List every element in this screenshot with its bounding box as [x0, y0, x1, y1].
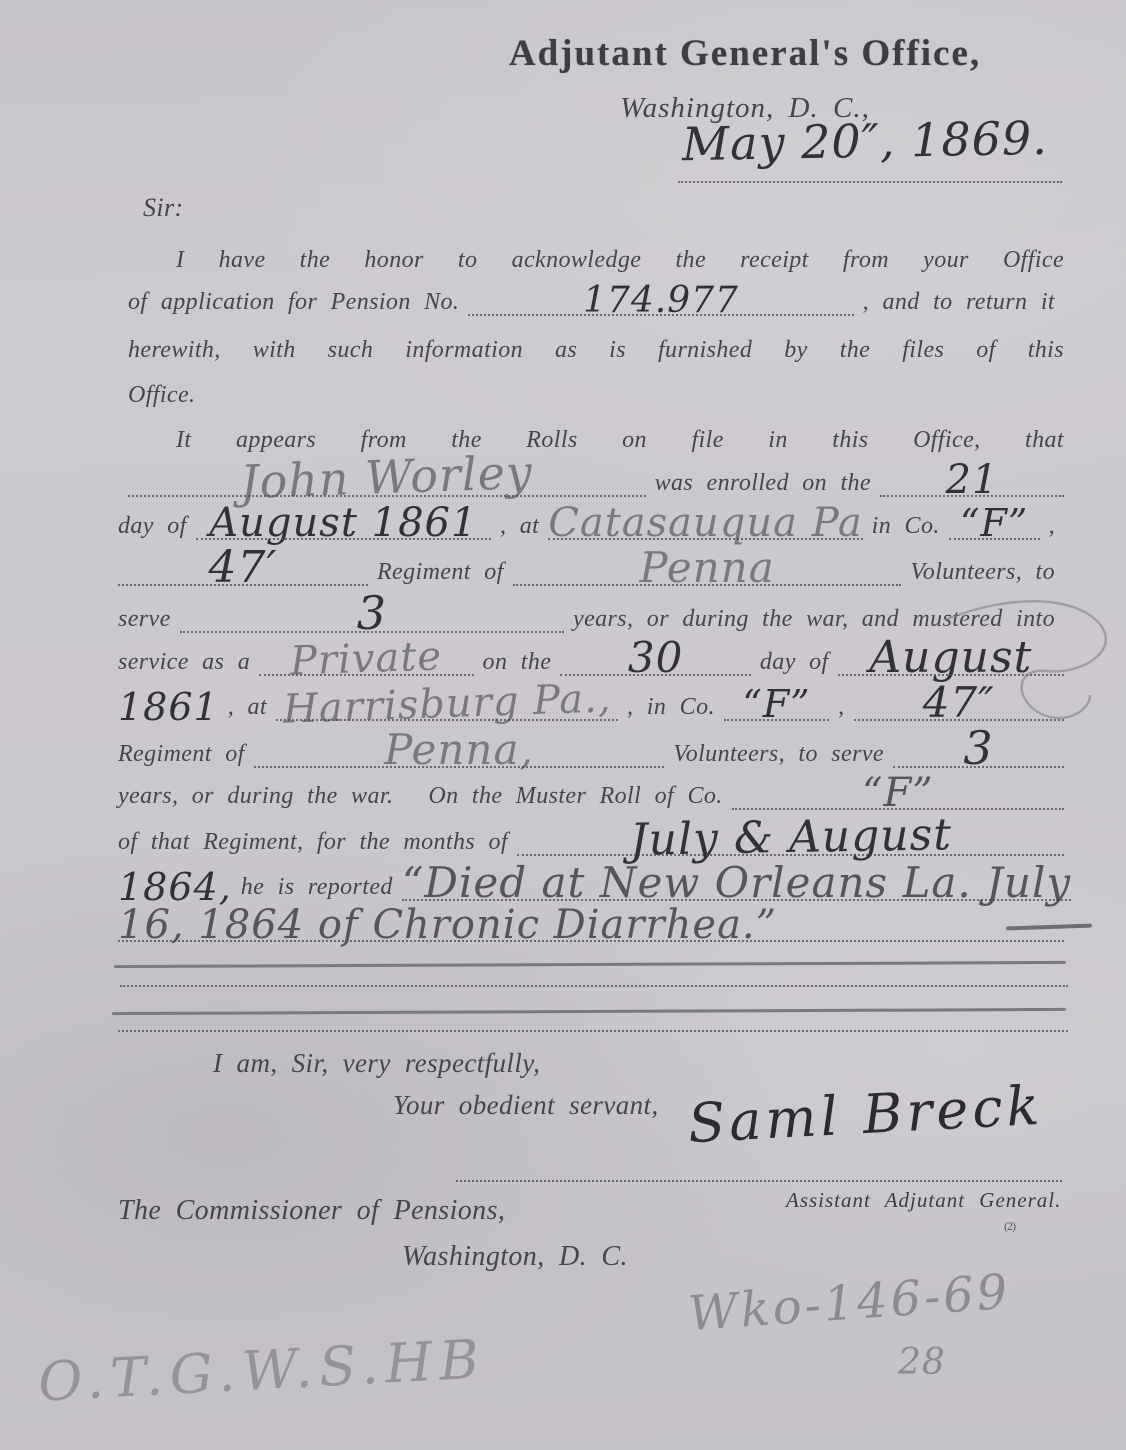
- body-line: I have the honor to acknowledge the rece…: [176, 245, 1064, 275]
- enroll-place-blank: Catasauqua Pa: [548, 508, 862, 541]
- form-intro-line: It appears from the Rolls on file in thi…: [176, 425, 1064, 455]
- muster-place-blank: Harrisburg Pa.,: [276, 689, 618, 722]
- printed-text: ,: [1040, 511, 1064, 541]
- form-line: years, or during the war. On the Muster …: [118, 778, 1064, 811]
- pension-number-blank: 174.977: [468, 286, 853, 317]
- printed-text: years, or during the war.: [118, 781, 402, 811]
- salutation: Sir:: [143, 193, 184, 223]
- form-line: Regiment of Penna, Volunteers, to serve …: [118, 733, 1064, 769]
- printed-text: of application for Pension No.: [128, 287, 468, 317]
- addressee-city: Washington, D. C.: [402, 1242, 628, 1272]
- handwritten-muster-day: 30: [628, 643, 683, 673]
- pencil-stroke-flourish: [940, 575, 1120, 775]
- report-blank2: 16, 1864 of Chronic Diarrhea.”: [118, 910, 1064, 943]
- handwritten-report-line2: 16, 1864 of Chronic Diarrhea.”: [118, 910, 777, 940]
- printed-text: day of: [118, 511, 196, 541]
- printed-text: , at: [219, 692, 276, 722]
- form-line: 16, 1864 of Chronic Diarrhea.”: [118, 910, 1064, 943]
- form-line: 1864, he is reported “Died at New Orlean…: [118, 868, 1064, 902]
- pencil-file-number: Wko-146-69: [688, 1288, 1010, 1324]
- printed-text: ,: [829, 692, 853, 722]
- rank-blank: Private: [259, 644, 473, 677]
- muster-regiment-state-blank: Penna,: [254, 735, 665, 769]
- handwritten-soldier-name: John Worley: [240, 457, 534, 497]
- handwritten-date: May 20″, 1869.: [655, 126, 1075, 162]
- form-line: service as a Private on the 30 day of Au…: [118, 643, 1064, 677]
- handwritten-enroll-place: Catasauqua Pa: [548, 508, 862, 538]
- name-blank: John Worley: [128, 462, 646, 498]
- date-blank-line: [678, 181, 1062, 183]
- printed-text: On the Muster Roll of Co.: [402, 781, 731, 811]
- handwritten-report-line1: “Died at New Orleans La. July: [402, 868, 1071, 898]
- printed-text: , in Co.: [618, 692, 724, 722]
- form-line: 1861 , at Harrisburg Pa., , in Co. “F” ,…: [118, 688, 1064, 722]
- signer-title: Assistant Adjutant General.: [786, 1188, 1061, 1213]
- dotted-rule: [120, 985, 1068, 987]
- printed-text: serve: [118, 604, 180, 634]
- printed-text: Regiment of: [368, 557, 513, 587]
- handwritten-roll-year: 1864,: [118, 872, 232, 902]
- muster-company-blank: “F”: [724, 689, 829, 722]
- roll-company-blank: “F”: [732, 778, 1064, 811]
- handwritten-roll-months: July & August: [629, 820, 951, 856]
- form-line: day of August 1861 , at Catasauqua Pa in…: [118, 508, 1064, 541]
- plate-mark: (2): [1004, 1219, 1015, 1234]
- printed-text: service as a: [118, 647, 259, 677]
- form-line: John Worley was enrolled on the 21: [128, 462, 1064, 498]
- pencil-clerk-initials: O.T.G.W.S.HB: [38, 1356, 486, 1394]
- regiment-state-blank: Penna: [513, 553, 902, 587]
- regiment-number-blank: 47′: [118, 553, 368, 587]
- muster-day-blank: 30: [560, 643, 751, 677]
- body-line: herewith, with such information as is fu…: [128, 335, 1064, 365]
- enroll-day-blank: 21: [880, 465, 1064, 498]
- handwritten-muster-place: Harrisburg Pa.,: [282, 683, 611, 724]
- printed-text: of that Regiment, for the months of: [118, 827, 517, 857]
- serve-years-blank: 3: [180, 598, 564, 634]
- handwritten-rank: Private: [290, 641, 443, 676]
- horizontal-rule: [112, 1008, 1066, 1015]
- pencil-file-number-2: 28: [898, 1348, 946, 1379]
- addressee: The Commissioner of Pensions,: [118, 1196, 505, 1226]
- handwritten-enroll-company: “F”: [960, 508, 1028, 538]
- handwritten-muster-year: 1861: [118, 692, 219, 722]
- handwritten-roll-company: “F”: [862, 778, 934, 808]
- handwritten-enroll-day: 21: [946, 465, 999, 495]
- handwritten-muster-company: “F”: [742, 689, 810, 719]
- printed-text: in Co.: [863, 511, 949, 541]
- handwritten-regiment-state: Penna: [639, 553, 774, 583]
- roll-months-blank: July & August: [517, 823, 1064, 857]
- handwritten-pension-number: 174.977: [583, 286, 739, 316]
- body-line: of application for Pension No. 174.977 ,…: [128, 286, 1064, 317]
- printed-text: Volunteers, to serve: [664, 739, 893, 769]
- printed-text: on the: [474, 647, 561, 677]
- handwritten-muster-regiment-state: Penna,: [384, 735, 534, 765]
- enroll-month-blank: August 1861: [196, 508, 491, 541]
- form-line: 47′ Regiment of Penna Volunteers, to: [118, 553, 1064, 587]
- closing-servant: Your obedient servant,: [393, 1090, 659, 1120]
- handwritten-regiment-number: 47′: [209, 553, 278, 583]
- printed-text: , at: [491, 511, 548, 541]
- printed-text: , and to return it: [854, 287, 1064, 317]
- dotted-rule: [118, 1030, 1068, 1032]
- letterhead-office-name: Adjutant General's Office,: [380, 32, 1110, 75]
- enroll-company-blank: “F”: [949, 508, 1040, 541]
- handwritten-enroll-month: August 1861: [209, 508, 477, 538]
- horizontal-rule: [114, 961, 1066, 968]
- printed-text: day of: [751, 647, 838, 677]
- printed-text: was enrolled on the: [646, 468, 880, 498]
- report-blank: “Died at New Orleans La. July: [402, 868, 1071, 902]
- handwritten-serve-years: 3: [357, 598, 387, 628]
- scanned-letter-page: Adjutant General's Office, Washington, D…: [0, 0, 1126, 1450]
- printed-text: Regiment of: [118, 739, 254, 769]
- signature: Saml Breck: [688, 1100, 1043, 1138]
- closing-respectfully: I am, Sir, very respectfully,: [213, 1048, 540, 1078]
- printed-text: he is reported: [232, 872, 402, 902]
- form-line: serve 3 years, or during the war, and mu…: [118, 598, 1064, 634]
- form-line: of that Regiment, for the months of July…: [118, 823, 1064, 857]
- body-line: Office.: [128, 380, 195, 410]
- signature-line: [456, 1180, 1062, 1182]
